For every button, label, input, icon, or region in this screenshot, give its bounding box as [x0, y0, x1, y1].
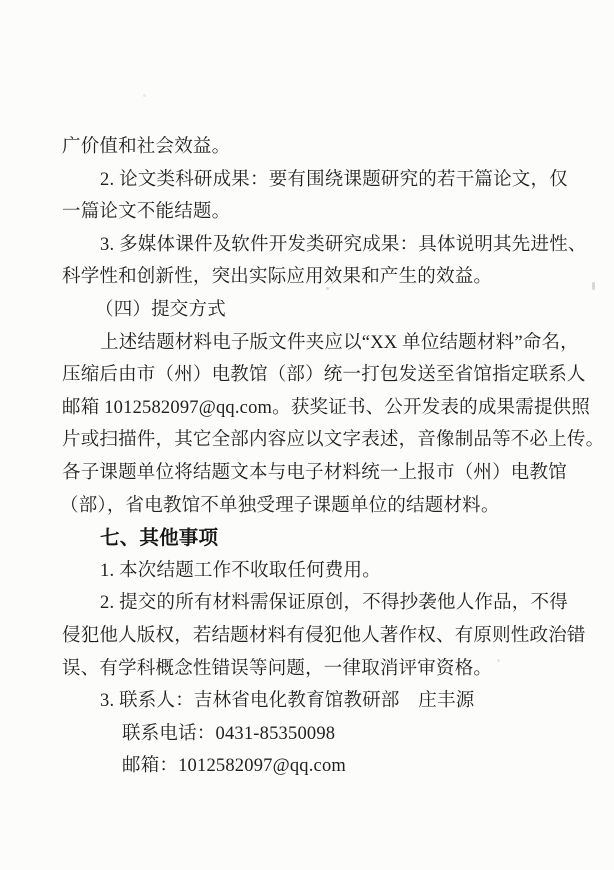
scan-speck [326, 287, 329, 290]
text-line: 2. 论文类科研成果：要有围绕课题研究的若干篇论文，仅 [100, 164, 572, 197]
document-body: 广价值和社会效益。2. 论文类科研成果：要有围绕课题研究的若干篇论文，仅一篇论文… [62, 131, 572, 783]
text-line: 1. 本次结题工作不收取任何费用。 [100, 555, 572, 588]
text-line: 3. 联系人：吉林省电化教育馆教研部 庄丰源 [100, 685, 572, 718]
text-line: 科学性和创新性，突出实际应用效果和产生的效益。 [62, 261, 572, 294]
scanned-document-page: 广价值和社会效益。2. 论文类科研成果：要有围绕课题研究的若干篇论文，仅一篇论文… [0, 0, 614, 870]
text-line: （部），省电教馆不单独受理子课题单位的结题材料。 [60, 490, 572, 523]
section-heading: 七、其他事项 [100, 522, 572, 555]
text-line: 各子课题单位将结题文本与电子材料统一上报市（州）电教馆 [62, 457, 572, 490]
scan-speck [497, 659, 500, 662]
text-line: 上述结题材料电子版文件夹应以“XX 单位结题材料”命名， [100, 327, 572, 360]
scan-speck [143, 94, 146, 97]
text-line: 邮箱：1012582097@qq.com [122, 750, 572, 783]
text-line: 一篇论文不能结题。 [62, 196, 572, 229]
text-line: 片或扫描件，其它全部内容应以文字表述，音像制品等不必上传。 [62, 424, 572, 457]
text-line: 联系电话：0431-85350098 [122, 718, 572, 751]
text-line: 3. 多媒体课件及软件开发类研究成果：具体说明其先进性、 [100, 229, 572, 262]
text-line: 邮箱 1012582097@qq.com。获奖证书、公开发表的成果需提供照 [62, 392, 572, 425]
text-line: 广价值和社会效益。 [62, 131, 572, 164]
scan-speck [592, 282, 595, 290]
text-line: 压缩后由市（州）电教馆（部）统一打包发送至省馆指定联系人 [62, 359, 572, 392]
text-line: 侵犯他人版权，若结题材料有侵犯他人著作权、有原则性政治错 [62, 620, 572, 653]
text-line: 2. 提交的所有材料需保证原创，不得抄袭他人作品，不得 [100, 587, 572, 620]
text-line: （四）提交方式 [95, 294, 572, 327]
text-line: 误、有学科概念性错误等问题，一律取消评审资格。 [62, 653, 572, 686]
